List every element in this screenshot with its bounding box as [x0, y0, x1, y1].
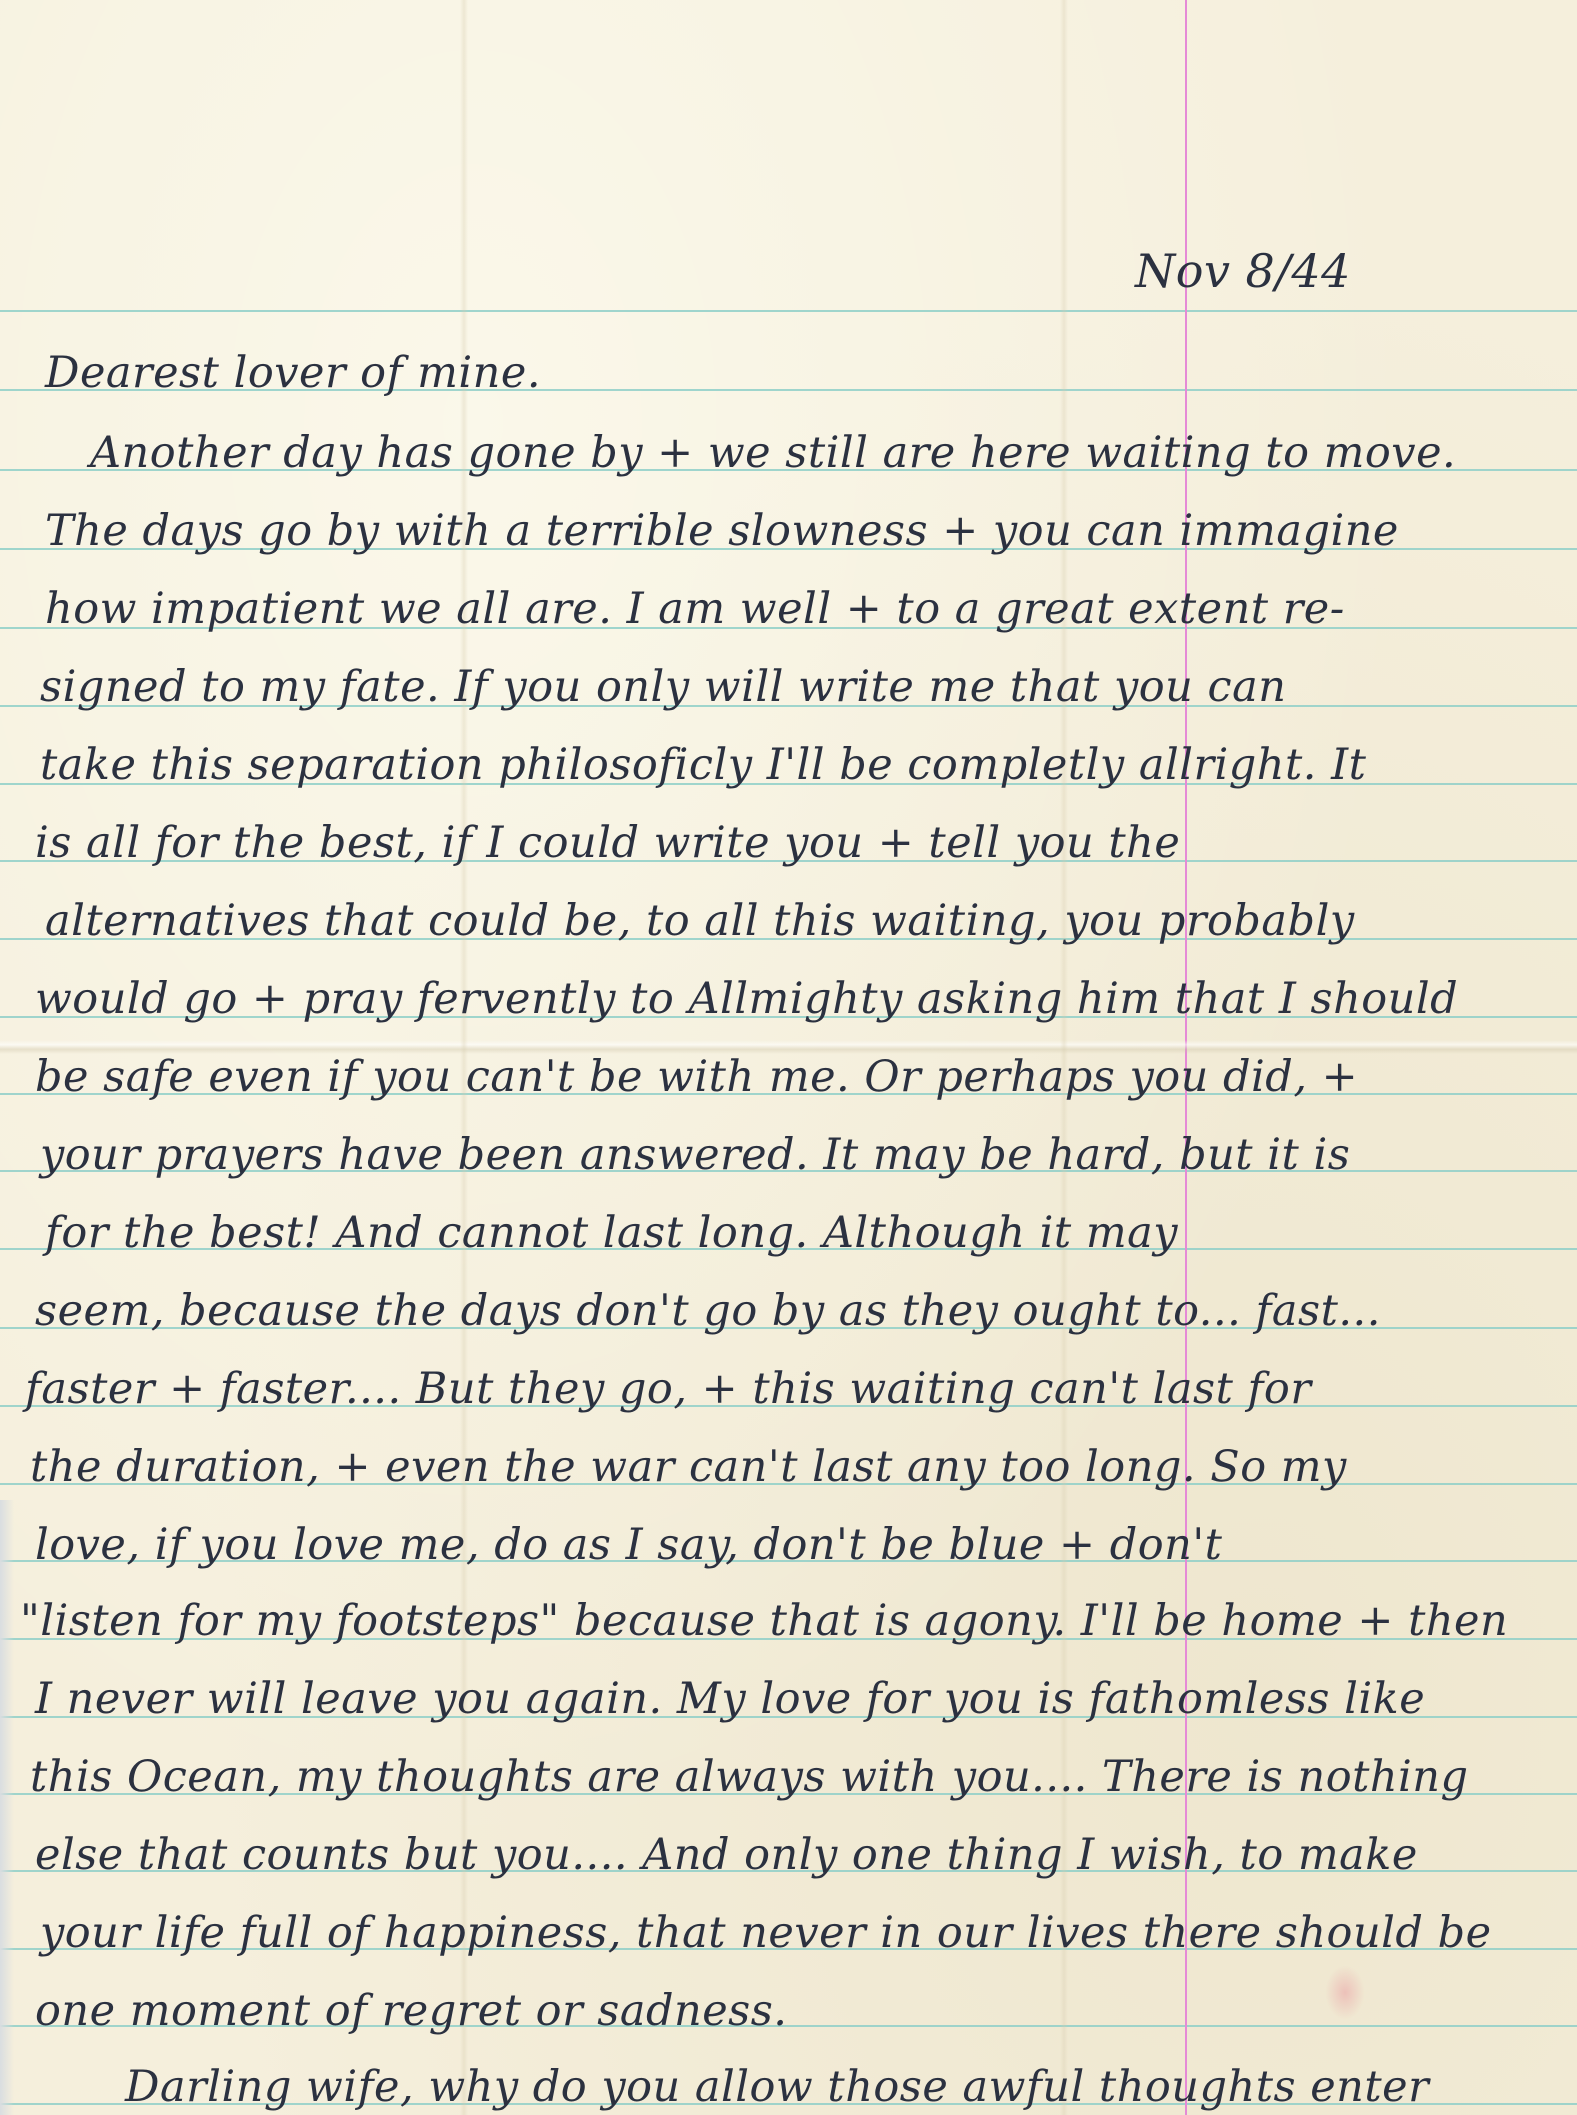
letter-line: love, if you love me, do as I say, don't… [35, 1524, 1222, 1567]
ink-stain [1325, 1965, 1365, 2020]
letter-line: else that counts but you.... And only on… [35, 1834, 1418, 1877]
paper-edge [0, 1500, 14, 2115]
letter-line: I never will leave you again. My love fo… [35, 1678, 1425, 1721]
letter-line: one moment of regret or sadness. [35, 1990, 787, 2033]
letter-line: alternatives that could be, to all this … [45, 900, 1355, 943]
letter-line: be safe even if you can't be with me. Or… [35, 1056, 1358, 1099]
letter-line: your prayers have been answered. It may … [40, 1134, 1350, 1177]
letter-line: signed to my fate. If you only will writ… [40, 666, 1286, 709]
letter-line: your life full of happiness, that never … [40, 1912, 1492, 1955]
letter-line: would go + pray fervently to Allmighty a… [35, 978, 1458, 1021]
ruled-line [0, 310, 1577, 312]
letter-line: for the best! And cannot last long. Alth… [45, 1212, 1178, 1255]
letter-line: the duration, + even the war can't last … [30, 1446, 1347, 1489]
letter-line: is all for the best, if I could write yo… [35, 822, 1180, 865]
letter-line: Another day has gone by + we still are h… [90, 432, 1456, 475]
salutation: Dearest lover of mine. [45, 352, 541, 395]
letter-line: faster + faster.... But they go, + this … [25, 1368, 1311, 1411]
letter-line: Darling wife, why do you allow those awf… [125, 2066, 1429, 2109]
letter-line: "listen for my footsteps" because that i… [20, 1600, 1508, 1643]
letter-line: seem, because the days don't go by as th… [35, 1290, 1381, 1333]
letter-date: Nov 8/44 [1135, 248, 1351, 294]
letter-line: this Ocean, my thoughts are always with … [30, 1756, 1469, 1799]
letter-page: Nov 8/44 Dearest lover of mine. Another … [0, 0, 1577, 2115]
letter-line: how impatient we all are. I am well + to… [45, 588, 1345, 631]
letter-line: take this separation philosoficly I'll b… [40, 744, 1366, 787]
letter-line: The days go by with a terrible slowness … [45, 510, 1399, 553]
